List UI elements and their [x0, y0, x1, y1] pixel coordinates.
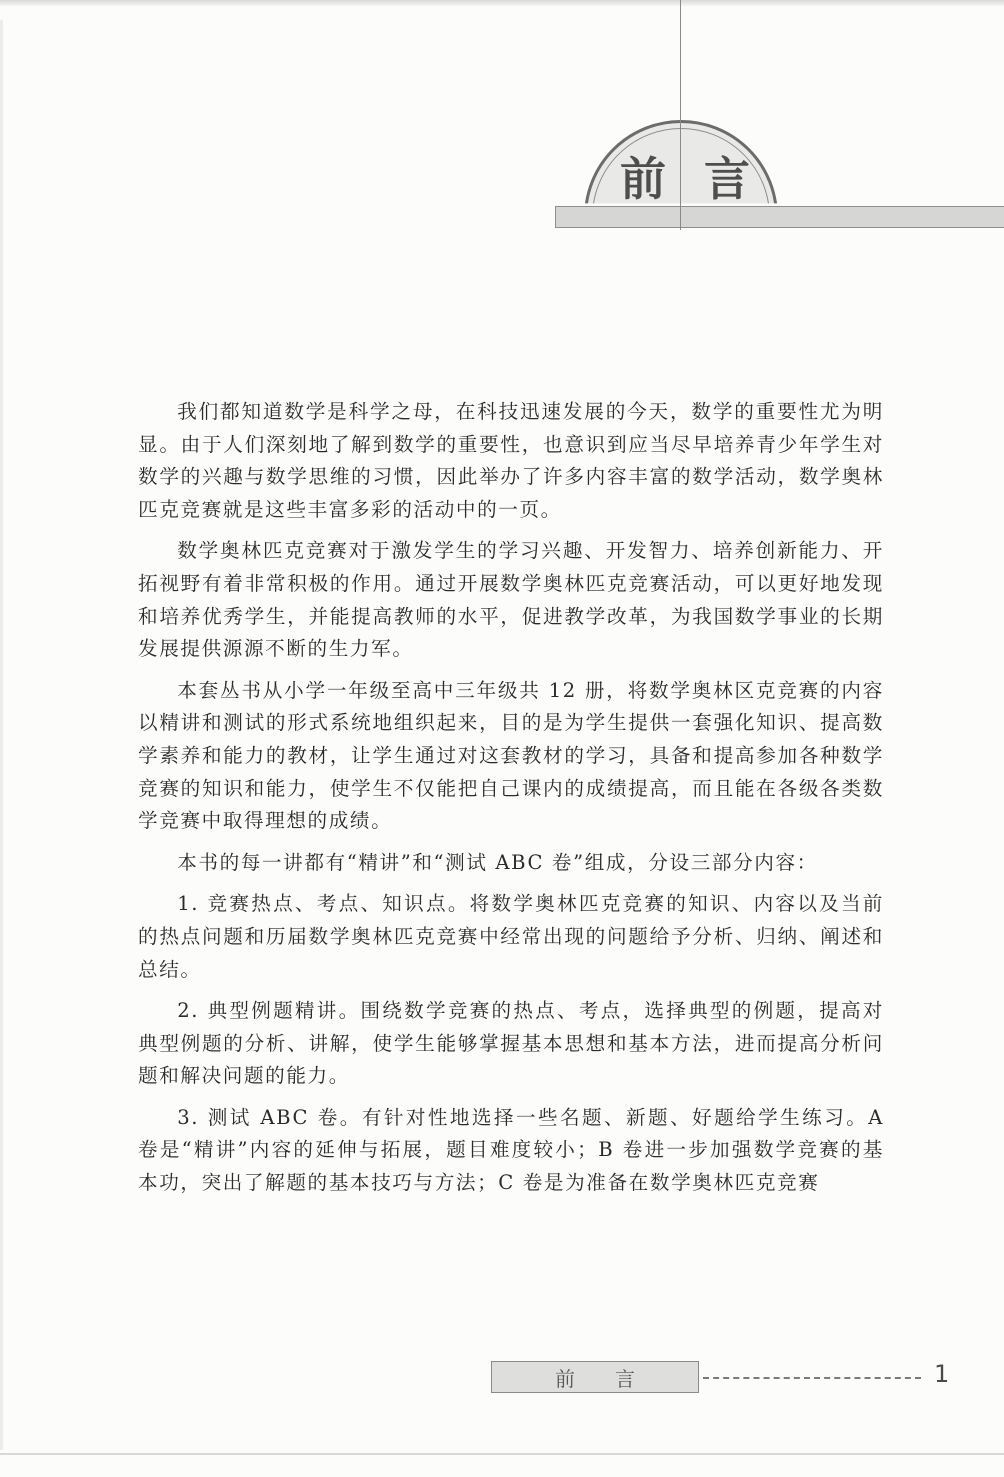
page-left-edge	[0, 20, 3, 1450]
page-title-char: 言	[704, 143, 750, 209]
footer-section-char: 言	[615, 1363, 635, 1392]
page-title-char: 前	[620, 143, 666, 209]
page-title: 前 言	[620, 148, 750, 204]
page-number: 1	[934, 1360, 949, 1388]
list-item: 3. 测试 ABC 卷。有针对性地选择一些名题、新题、好题给学生练习。A 卷是“…	[138, 1102, 884, 1200]
heading-banner-bar	[555, 206, 1004, 228]
paragraph: 本书的每一讲都有“精讲”和“测试 ABC 卷”组成，分设三部分内容：	[138, 847, 884, 880]
paragraph: 本套丛书从小学一年级至高中三年级共 12 册，将数学奥林区克竞赛的内容以精讲和测…	[138, 675, 884, 838]
list-item: 1. 竞赛热点、考点、知识点。将数学奥林匹克竞赛的知识、内容以及当前的热点问题和…	[138, 888, 884, 986]
footer-section-char: 前	[555, 1363, 575, 1392]
paragraph: 数学奥林匹克竞赛对于激发学生的学习兴趣、开发智力、培养创新能力、开拓视野有着非常…	[138, 535, 884, 665]
list-item: 2. 典型例题精讲。围绕数学竞赛的热点、考点，选择典型的例题，提高对典型例题的分…	[138, 995, 884, 1093]
footer-section-label: 前 言	[491, 1361, 699, 1393]
page-bottom-edge	[0, 1453, 1004, 1455]
preface-body: 我们都知道数学是科学之母，在科技迅速发展的今天，数学的重要性尤为明显。由于人们深…	[138, 396, 884, 1209]
paragraph: 我们都知道数学是科学之母，在科技迅速发展的今天，数学的重要性尤为明显。由于人们深…	[138, 396, 884, 526]
footer-leader-dashes	[703, 1377, 921, 1379]
page-top-edge	[0, 0, 1004, 6]
